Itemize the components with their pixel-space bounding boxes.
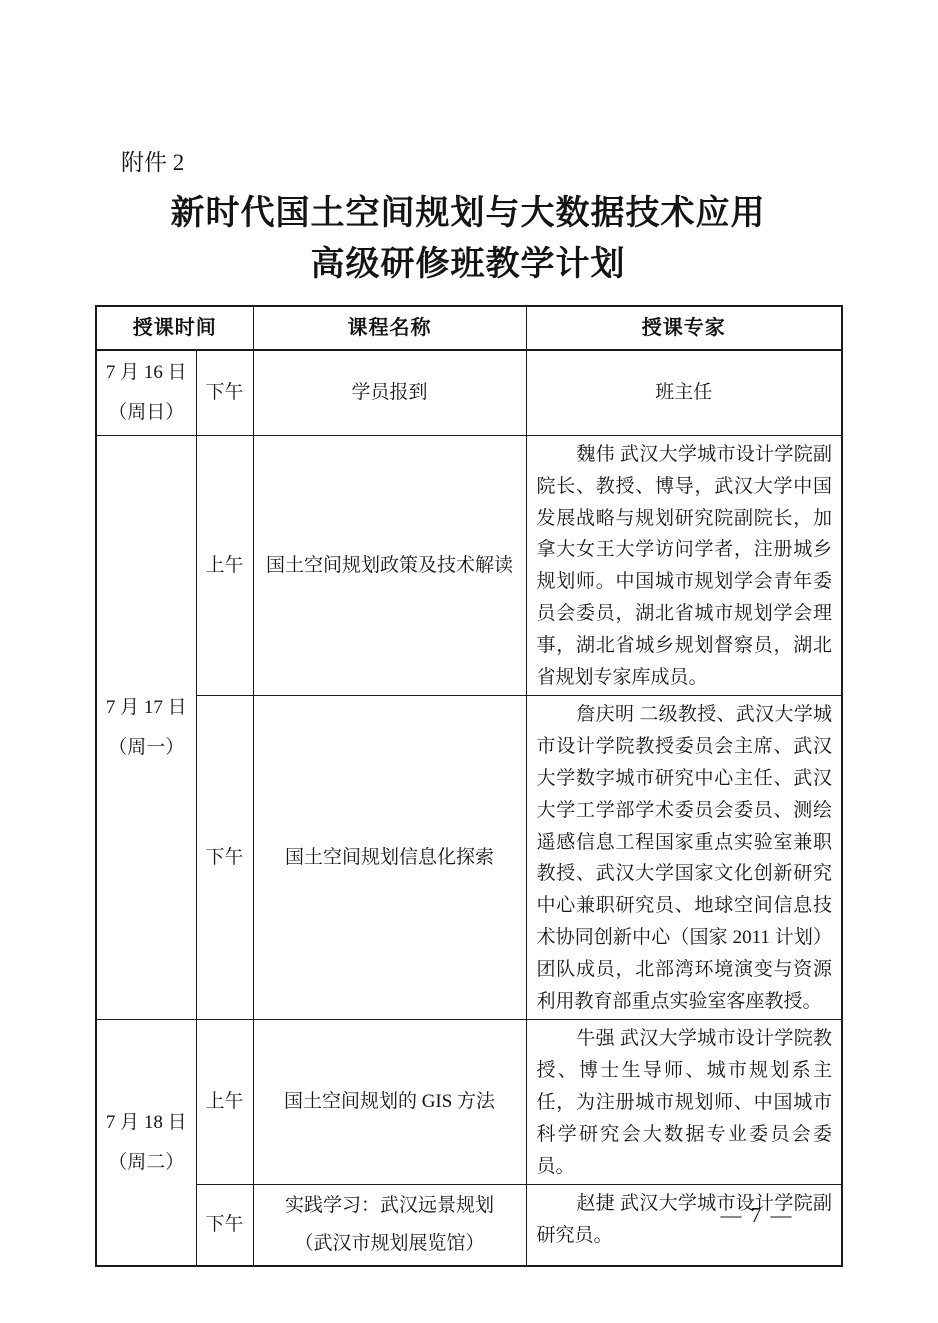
- expert-cell-class-director: 班主任: [526, 350, 842, 436]
- table-header-row: 授课时间 课程名称 授课专家: [96, 306, 842, 350]
- time-cell-jul16-pm: 下午: [196, 350, 253, 436]
- date-text: 7 月 18 日: [103, 1103, 190, 1143]
- course-cell-informatization: 国土空间规划信息化探索: [253, 696, 526, 1020]
- expert-cell-niuqiang: 牛强 武汉大学城市设计学院教授、博士生导师、城市规划系主任，为注册城市规划师、中…: [526, 1020, 842, 1185]
- course-text-line2: （武汉市规划展览馆）: [260, 1225, 520, 1263]
- date-text: 7 月 16 日: [103, 353, 190, 393]
- course-cell-gis-method: 国土空间规划的 GIS 方法: [253, 1020, 526, 1185]
- time-cell-jul17-am: 上午: [196, 436, 253, 696]
- weekday-text: （周日）: [103, 393, 190, 433]
- course-cell-practice-study: 实践学习：武汉远景规划 （武汉市规划展览馆）: [253, 1185, 526, 1267]
- table-row-jul17-am: 7 月 17 日 （周一） 上午 国土空间规划政策及技术解读 魏伟 武汉大学城市…: [96, 436, 842, 696]
- document-title-line2: 高级研修班教学计划: [95, 239, 841, 290]
- expert-bio-text: 詹庆明 二级教授、武汉大学城市设计学院教授委员会主席、武汉大学数字城市研究中心主…: [537, 699, 833, 1017]
- time-cell-jul18-am: 上午: [196, 1020, 253, 1185]
- date-cell-jul18: 7 月 18 日 （周二）: [96, 1020, 196, 1266]
- document-title-line1: 新时代国土空间规划与大数据技术应用: [95, 188, 841, 239]
- course-cell-registration: 学员报到: [253, 350, 526, 436]
- table-row-jul16-pm: 7 月 16 日 （周日） 下午 学员报到 班主任: [96, 350, 842, 436]
- header-course-name: 课程名称: [253, 306, 526, 350]
- time-cell-jul17-pm: 下午: [196, 696, 253, 1020]
- schedule-table: 授课时间 课程名称 授课专家 7 月 16 日 （周日） 下午 学员报到 班主任…: [95, 305, 843, 1267]
- expert-bio-text: 魏伟 武汉大学城市设计学院副院长、教授、博导，武汉大学中国发展战略与规划研究院副…: [537, 439, 833, 693]
- weekday-text: （周二）: [103, 1143, 190, 1183]
- expert-cell-zhanqingming: 詹庆明 二级教授、武汉大学城市设计学院教授委员会主席、武汉大学数字城市研究中心主…: [526, 696, 842, 1020]
- table-row-jul17-pm: 下午 国土空间规划信息化探索 詹庆明 二级教授、武汉大学城市设计学院教授委员会主…: [96, 696, 842, 1020]
- date-text: 7 月 17 日: [103, 688, 190, 728]
- date-cell-jul16: 7 月 16 日 （周日）: [96, 350, 196, 436]
- document-page: 附件 2 新时代国土空间规划与大数据技术应用 高级研修班教学计划 授课时间 课程…: [0, 0, 938, 1323]
- header-lecturer: 授课专家: [526, 306, 842, 350]
- course-cell-policy-interpretation: 国土空间规划政策及技术解读: [253, 436, 526, 696]
- course-text-line1: 实践学习：武汉远景规划: [260, 1187, 520, 1225]
- time-cell-jul18-pm: 下午: [196, 1185, 253, 1267]
- expert-cell-weiwei: 魏伟 武汉大学城市设计学院副院长、教授、博导，武汉大学中国发展战略与规划研究院副…: [526, 436, 842, 696]
- table-row-jul18-am: 7 月 18 日 （周二） 上午 国土空间规划的 GIS 方法 牛强 武汉大学城…: [96, 1020, 842, 1185]
- weekday-text: （周一）: [103, 728, 190, 768]
- page-number: — 7 —: [657, 1203, 857, 1228]
- expert-bio-text: 牛强 武汉大学城市设计学院教授、博士生导师、城市规划系主任，为注册城市规划师、中…: [537, 1023, 833, 1182]
- document-title: 新时代国土空间规划与大数据技术应用 高级研修班教学计划: [95, 188, 841, 290]
- date-cell-jul17: 7 月 17 日 （周一）: [96, 436, 196, 1020]
- header-teaching-time: 授课时间: [96, 306, 253, 350]
- attachment-label: 附件 2: [121, 147, 184, 179]
